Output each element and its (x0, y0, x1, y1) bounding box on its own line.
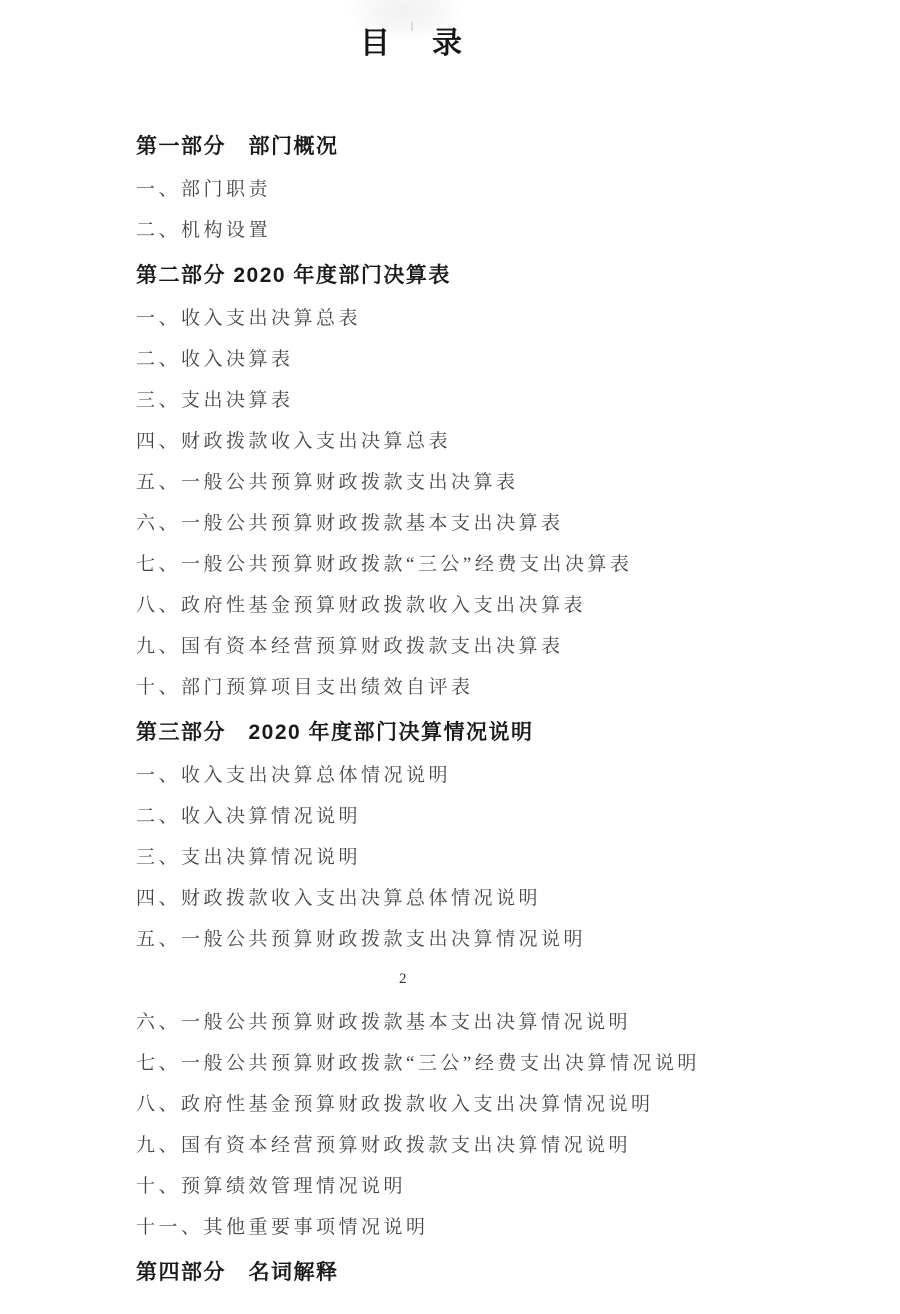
toc-item: 二、收入决算表 (136, 337, 900, 378)
toc-item: 四、财政拨款收入支出决算总表 (136, 419, 900, 460)
toc-item: 一、部门职责 (136, 167, 900, 208)
toc-item: 十、预算绩效管理情况说明 (136, 1164, 900, 1205)
toc-item: 一、收入支出决算总表 (136, 296, 900, 337)
toc-item: 九、国有资本经营预算财政拨款支出决算情况说明 (136, 1123, 900, 1164)
page-number: 2 (399, 971, 407, 1000)
toc-item: 七、一般公共预算财政拨款“三公”经费支出决算表 (136, 542, 900, 583)
toc-item: 十一、其他重要事项情况说明 (136, 1205, 900, 1246)
toc-section-heading-part3: 第三部分 2020 年度部门决算情况说明 (136, 706, 900, 753)
toc-item: 七、一般公共预算财政拨款“三公”经费支出决算情况说明 (136, 1041, 900, 1082)
toc-item: 一、收入支出决算总体情况说明 (136, 753, 900, 794)
toc-section-heading-part1: 第一部分 部门概况 (136, 120, 900, 167)
toc-item: 九、国有资本经营预算财政拨款支出决算表 (136, 624, 900, 665)
toc-list: 第一部分 部门概况 一、部门职责 二、机构设置 第二部分 2020 年度部门决算… (136, 120, 900, 1293)
toc-section-heading-part4: 第四部分 名词解释 (136, 1246, 900, 1293)
toc-item: 五、一般公共预算财政拨款支出决算表 (136, 460, 900, 501)
toc-item: 八、政府性基金预算财政拨款收入支出决算情况说明 (136, 1082, 900, 1123)
toc-item: 五、一般公共预算财政拨款支出决算情况说明 (136, 917, 900, 958)
document-page: 目 录 第一部分 部门概况 一、部门职责 二、机构设置 第二部分 2020 年度… (0, 0, 900, 1314)
page-number-row: 2 (136, 958, 900, 1000)
page-title: 目 录 (360, 26, 900, 62)
toc-item: 二、机构设置 (136, 208, 900, 249)
toc-item: 六、一般公共预算财政拨款基本支出决算表 (136, 501, 900, 542)
toc-item: 十、部门预算项目支出绩效自评表 (136, 665, 900, 706)
toc-item: 三、支出决算表 (136, 378, 900, 419)
toc-section-heading-part2: 第二部分 2020 年度部门决算表 (136, 249, 900, 296)
toc-item: 八、政府性基金预算财政拨款收入支出决算表 (136, 583, 900, 624)
toc-item: 六、一般公共预算财政拨款基本支出决算情况说明 (136, 1000, 900, 1041)
toc-item: 四、财政拨款收入支出决算总体情况说明 (136, 876, 900, 917)
toc-item: 二、收入决算情况说明 (136, 794, 900, 835)
toc-item: 三、支出决算情况说明 (136, 835, 900, 876)
